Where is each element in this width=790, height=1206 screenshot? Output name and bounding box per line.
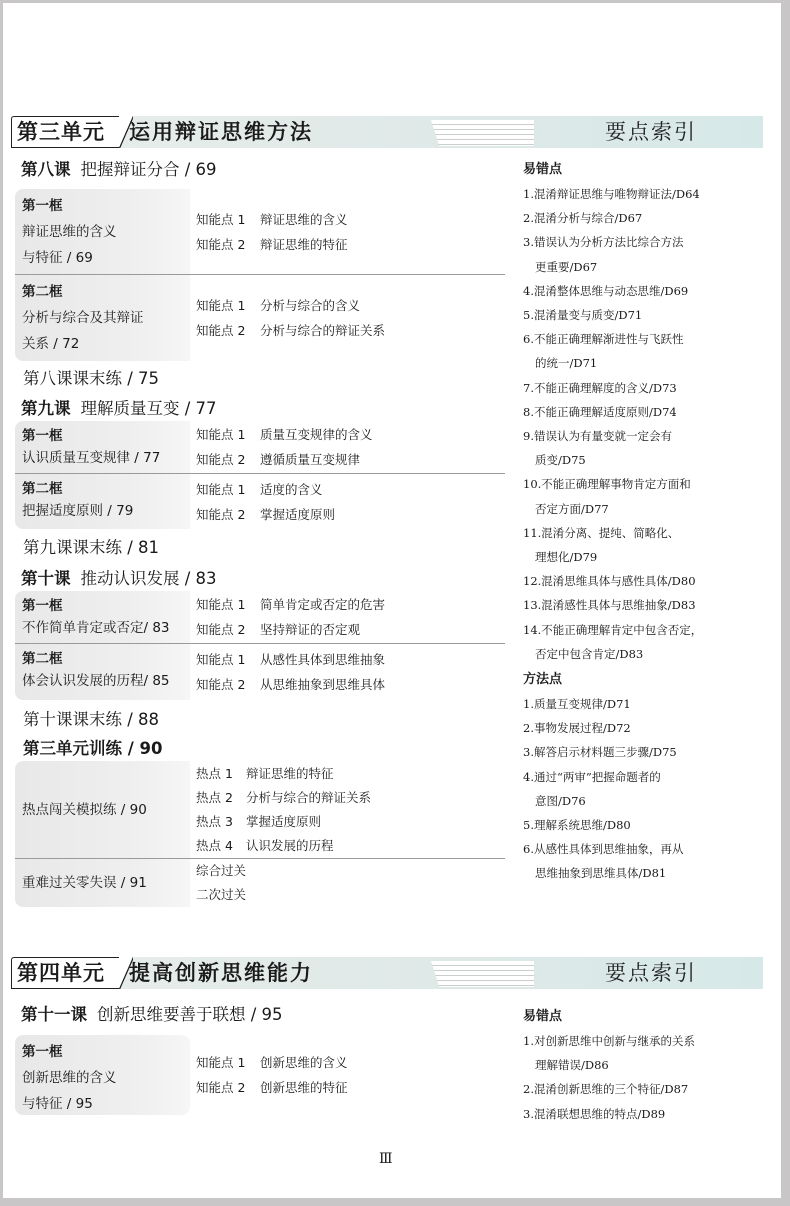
index-title: 要点索引 (551, 957, 751, 989)
lesson-10-frames: 第一框 不作简单肯定或否定/ 83 知能点 1简单肯定或否定的危害 知能点 2坚… (15, 591, 505, 700)
frame-title-line: 与特征 / 69 (22, 245, 184, 271)
frame-heading: 第一框 认识质量互变规律 / 77 (15, 421, 190, 473)
index-item-text: 1.混淆辩证思维与唯物辩证法/D64 (523, 187, 700, 201)
frame-heading: 第一框 辩证思维的含义 与特征 / 69 (15, 189, 190, 274)
lesson-label: 第九课 (21, 399, 71, 418)
frame-item[interactable]: 第二框 分析与综合及其辩证 关系 / 72 知能点 1分析与综合的含义 知能点 … (15, 275, 505, 361)
training-label: 热点闯关模拟练 / 90 (22, 797, 147, 823)
knowledge-points: 知能点 1适度的含义 知能点 2掌握适度原则 (190, 474, 505, 529)
knowledge-point[interactable]: 知能点 1适度的含义 (196, 477, 505, 502)
frame-label: 第一框 (22, 1039, 184, 1065)
lesson-8-frames: 第一框 辩证思维的含义 与特征 / 69 知能点 1辩证思维的含义 知能点 2辩… (15, 189, 505, 361)
hot-point[interactable]: 热点 1辩证思维的特征 (196, 762, 505, 786)
index-item[interactable]: 5.混淆量变与质变/D71 (523, 303, 773, 327)
index-item-text: 2.混淆创新思维的三个特征/D87 (523, 1082, 688, 1096)
index-item-text: 2.事物发展过程/D72 (523, 721, 631, 735)
lesson-9-review[interactable]: 第九课课末练 / 81 (23, 534, 159, 558)
methods-heading: 方法点 (523, 668, 773, 692)
index-item-continuation: 否定方面/D77 (523, 497, 773, 521)
unit-tab: 第三单元 (11, 116, 119, 148)
frame-title-line: 分析与综合及其辩证 (22, 305, 184, 331)
knowledge-point[interactable]: 知能点 2辩证思维的特征 (196, 232, 505, 257)
kp-label: 知能点 2 (196, 318, 260, 343)
frame-heading: 第一框 不作简单肯定或否定/ 83 (15, 591, 190, 643)
unit-4-key-points-index: 易错点 1.对创新思维中创新与继承的关系理解错误/D862.混淆创新思维的三个特… (523, 1005, 773, 1126)
knowledge-points: 知能点 1创新思维的含义 知能点 2创新思维的特征 (190, 1035, 505, 1115)
lesson-8-review[interactable]: 第八课课末练 / 75 (23, 365, 159, 389)
index-item[interactable]: 3.解答启示材料题三步骤/D75 (523, 740, 773, 764)
index-item[interactable]: 12.混淆思维具体与感性具体/D80 (523, 569, 773, 593)
index-item-text: 5.理解系统思维/D80 (523, 818, 631, 832)
lesson-name: 理解质量互变 / 77 (81, 399, 217, 418)
training-block[interactable]: 热点闯关模拟练 / 90 热点 1辩证思维的特征 热点 2分析与综合的辩证关系 … (15, 761, 505, 859)
hot-text: 分析与综合的辩证关系 (246, 790, 371, 805)
hot-label: 热点 2 (196, 786, 246, 810)
mistakes-heading: 易错点 (523, 158, 773, 182)
index-item[interactable]: 7.不能正确理解度的含义/D73 (523, 376, 773, 400)
kp-text: 辩证思维的特征 (260, 237, 348, 252)
lesson-11-title[interactable]: 第十一课创新思维要善于联想 / 95 (21, 1001, 283, 1025)
knowledge-points: 知能点 1质量互变规律的含义 知能点 2遵循质量互变规律 (190, 421, 505, 473)
frame-item[interactable]: 第二框 把握适度原则 / 79 知能点 1适度的含义 知能点 2掌握适度原则 (15, 474, 505, 529)
hot-label: 热点 3 (196, 810, 246, 834)
knowledge-point[interactable]: 知能点 2遵循质量互变规律 (196, 447, 505, 472)
index-item[interactable]: 5.理解系统思维/D80 (523, 813, 773, 837)
hot-point[interactable]: 热点 4认识发展的历程 (196, 834, 505, 858)
kp-text: 遵循质量互变规律 (260, 452, 360, 467)
kp-label: 知能点 1 (196, 207, 260, 232)
mistakes-list: 1.对创新思维中创新与继承的关系理解错误/D862.混淆创新思维的三个特征/D8… (523, 1029, 773, 1126)
banner-stripes-decoration (431, 961, 534, 987)
hot-point[interactable]: 热点 2分析与综合的辩证关系 (196, 786, 505, 810)
training-block-label: 重难过关零失误 / 91 (15, 859, 190, 907)
index-item[interactable]: 2.事物发展过程/D72 (523, 716, 773, 740)
kp-label: 知能点 2 (196, 1075, 260, 1100)
index-item-text: 14.不能正确理解肯定中包含否定， (523, 623, 702, 637)
training-block-label: 热点闯关模拟练 / 90 (15, 761, 190, 858)
index-item-text: 12.混淆思维具体与感性具体/D80 (523, 574, 696, 588)
frame-item[interactable]: 第一框 辩证思维的含义 与特征 / 69 知能点 1辩证思维的含义 知能点 2辩… (15, 189, 505, 275)
index-item-text: 5.混淆量变与质变/D71 (523, 308, 642, 322)
lesson-9-frames: 第一框 认识质量互变规律 / 77 知能点 1质量互变规律的含义 知能点 2遵循… (15, 421, 505, 529)
knowledge-point[interactable]: 知能点 2掌握适度原则 (196, 502, 505, 527)
index-item-text: 2.混淆分析与综合/D67 (523, 211, 642, 225)
index-item[interactable]: 2.混淆创新思维的三个特征/D87 (523, 1077, 773, 1101)
frame-title-line: 认识质量互变规律 / 77 (22, 447, 184, 469)
frame-label: 第二框 (22, 648, 184, 670)
hot-point[interactable]: 热点 3掌握适度原则 (196, 810, 505, 834)
lesson-11-frames: 第一框 创新思维的含义 与特征 / 95 知能点 1创新思维的含义 知能点 2创… (15, 1035, 505, 1115)
index-item-text: 3.错误认为分析方法比综合方法 (523, 235, 683, 249)
kp-label: 知能点 1 (196, 592, 260, 617)
index-item-continuation: 质变/D75 (523, 448, 773, 472)
knowledge-point[interactable]: 知能点 1创新思维的含义 (196, 1050, 505, 1075)
frame-title-line: 创新思维的含义 (22, 1065, 184, 1091)
kp-text: 分析与综合的含义 (260, 298, 360, 313)
kp-label: 知能点 1 (196, 422, 260, 447)
index-item-text: 9.错误认为有量变就一定会有 (523, 429, 672, 443)
hot-text: 辩证思维的特征 (246, 766, 334, 781)
mistakes-list: 1.混淆辩证思维与唯物辩证法/D642.混淆分析与综合/D673.错误认为分析方… (523, 182, 773, 666)
index-item-text: 7.不能正确理解度的含义/D73 (523, 381, 677, 395)
hot-points: 热点 1辩证思维的特征 热点 2分析与综合的辩证关系 热点 3掌握适度原则 热点… (190, 761, 505, 858)
lesson-label: 第十课 (21, 569, 71, 588)
index-item-text: 4.通过“两审”把握命题者的 (523, 770, 661, 784)
kp-label: 知能点 1 (196, 1050, 260, 1075)
index-item-text: 8.不能正确理解适度原则/D74 (523, 405, 677, 419)
kp-text: 适度的含义 (260, 482, 323, 497)
frame-title-line: 体会认识发展的历程/ 85 (22, 670, 184, 692)
kp-text: 分析与综合的辩证关系 (260, 323, 385, 338)
kp-label: 知能点 2 (196, 617, 260, 642)
unit-3-key-points-index: 易错点 1.混淆辩证思维与唯物辩证法/D642.混淆分析与综合/D673.错误认… (523, 158, 773, 886)
frame-heading: 第二框 把握适度原则 / 79 (15, 474, 190, 529)
kp-label: 知能点 2 (196, 447, 260, 472)
index-item[interactable]: 1.对创新思维中创新与继承的关系理解错误/D86 (523, 1029, 773, 1077)
kp-text: 从思维抽象到思维具体 (260, 677, 385, 692)
frame-label: 第一框 (22, 425, 184, 447)
training-label: 重难过关零失误 / 91 (22, 870, 147, 896)
index-item[interactable]: 4.混淆整体思维与动态思维/D69 (523, 279, 773, 303)
hot-label: 热点 1 (196, 762, 246, 786)
review-item[interactable]: 二次过关 (196, 883, 505, 907)
kp-label: 知能点 2 (196, 232, 260, 257)
kp-text: 质量互变规律的含义 (260, 427, 373, 442)
kp-text: 创新思维的含义 (260, 1055, 348, 1070)
unit-title: 提高创新思维能力 (129, 957, 313, 989)
index-item[interactable]: 14.不能正确理解肯定中包含否定，否定中包含肯定/D83 (523, 618, 773, 666)
index-item[interactable]: 10.不能正确理解事物肯定方面和否定方面/D77 (523, 472, 773, 520)
index-item[interactable]: 3.错误认为分析方法比综合方法更重要/D67 (523, 230, 773, 278)
kp-label: 知能点 2 (196, 502, 260, 527)
lesson-label: 第十一课 (21, 1005, 87, 1024)
index-item-text: 6.不能正确理解渐进性与飞跃性 (523, 332, 683, 346)
frame-label: 第一框 (22, 595, 184, 617)
frame-item[interactable]: 第一框 认识质量互变规律 / 77 知能点 1质量互变规律的含义 知能点 2遵循… (15, 421, 505, 474)
unit-3-training-blocks: 热点闯关模拟练 / 90 热点 1辩证思维的特征 热点 2分析与综合的辩证关系 … (15, 761, 505, 907)
lesson-9-title[interactable]: 第九课理解质量互变 / 77 (21, 395, 217, 419)
unit-3-training-title[interactable]: 第三单元训练 / 90 (23, 735, 162, 759)
knowledge-point[interactable]: 知能点 1分析与综合的含义 (196, 293, 505, 318)
frame-heading: 第一框 创新思维的含义 与特征 / 95 (15, 1035, 190, 1115)
unit-3-banner: 第三单元 运用辩证思维方法 要点索引 (11, 116, 763, 148)
kp-text: 坚持辩证的否定观 (260, 622, 360, 637)
frame-title-line: 与特征 / 95 (22, 1091, 184, 1117)
index-item-text: 3.混淆联想思维的特点/D89 (523, 1107, 665, 1121)
index-item-text: 13.混淆感性具体与思维抽象/D83 (523, 598, 696, 612)
index-item-text: 6.从感性具体到思维抽象，再从 (523, 842, 683, 856)
kp-text: 辩证思维的含义 (260, 212, 348, 227)
kp-label: 知能点 1 (196, 477, 260, 502)
review-items: 综合过关 二次过关 (190, 859, 505, 907)
frame-label: 第一框 (22, 193, 184, 219)
index-item[interactable]: 3.混淆联想思维的特点/D89 (523, 1102, 773, 1126)
knowledge-points: 知能点 1分析与综合的含义 知能点 2分析与综合的辩证关系 (190, 275, 505, 361)
knowledge-point[interactable]: 知能点 1质量互变规律的含义 (196, 422, 505, 447)
index-item[interactable]: 8.不能正确理解适度原则/D74 (523, 400, 773, 424)
index-item-continuation: 否定中包含肯定/D83 (523, 642, 773, 666)
frame-title-line: 关系 / 72 (22, 331, 184, 357)
frame-item[interactable]: 第二框 体会认识发展的历程/ 85 知能点 1从感性具体到思维抽象 知能点 2从… (15, 644, 505, 700)
kp-text: 简单肯定或否定的危害 (260, 597, 385, 612)
index-item-continuation: 更重要/D67 (523, 255, 773, 279)
knowledge-point[interactable]: 知能点 2分析与综合的辩证关系 (196, 318, 505, 343)
index-item[interactable]: 4.通过“两审”把握命题者的意图/D76 (523, 765, 773, 813)
unit-4-banner: 第四单元 提高创新思维能力 要点索引 (11, 957, 763, 989)
frame-heading: 第二框 体会认识发展的历程/ 85 (15, 644, 190, 700)
frame-title-line: 不作简单肯定或否定/ 83 (22, 617, 184, 639)
book-page: 第三单元 运用辩证思维方法 要点索引 第八课把握辩证分合 / 69 第一框 辩证… (3, 3, 781, 1198)
index-item-continuation: 理想化/D79 (523, 545, 773, 569)
lesson-name: 创新思维要善于联想 / 95 (97, 1005, 283, 1024)
index-item-text: 10.不能正确理解事物肯定方面和 (523, 477, 691, 491)
index-item-text: 1.质量互变规律/D71 (523, 697, 631, 711)
kp-text: 从感性具体到思维抽象 (260, 652, 385, 667)
banner-stripes-decoration (431, 120, 534, 146)
frame-heading: 第二框 分析与综合及其辩证 关系 / 72 (15, 275, 190, 361)
index-item-text: 11.混淆分离、提纯、简略化、 (523, 526, 679, 540)
hot-text: 认识发展的历程 (246, 838, 334, 853)
index-item-text: 3.解答启示材料题三步骤/D75 (523, 745, 677, 759)
knowledge-points: 知能点 1简单肯定或否定的危害 知能点 2坚持辩证的否定观 (190, 591, 505, 643)
lesson-label: 第八课 (21, 160, 71, 179)
methods-list: 1.质量互变规律/D712.事物发展过程/D723.解答启示材料题三步骤/D75… (523, 692, 773, 886)
unit-tab: 第四单元 (11, 957, 119, 989)
knowledge-point[interactable]: 知能点 2创新思维的特征 (196, 1075, 505, 1100)
review-item[interactable]: 综合过关 (196, 859, 505, 883)
kp-label: 知能点 1 (196, 293, 260, 318)
mistakes-heading: 易错点 (523, 1005, 773, 1029)
index-item-text: 4.混淆整体思维与动态思维/D69 (523, 284, 688, 298)
index-item[interactable]: 9.错误认为有量变就一定会有质变/D75 (523, 424, 773, 472)
index-item[interactable]: 6.不能正确理解渐进性与飞跃性的统一/D71 (523, 327, 773, 375)
frame-item[interactable]: 第一框 创新思维的含义 与特征 / 95 知能点 1创新思维的含义 知能点 2创… (15, 1035, 505, 1115)
kp-text: 掌握适度原则 (260, 507, 335, 522)
hot-text: 掌握适度原则 (246, 814, 321, 829)
index-item[interactable]: 2.混淆分析与综合/D67 (523, 206, 773, 230)
kp-label: 知能点 1 (196, 647, 260, 672)
lesson-name: 把握辩证分合 / 69 (81, 160, 217, 179)
index-item-continuation: 理解错误/D86 (523, 1053, 773, 1077)
frame-label: 第二框 (22, 478, 184, 500)
index-item-continuation: 意图/D76 (523, 789, 773, 813)
frame-title-line: 辩证思维的含义 (22, 219, 184, 245)
index-item-text: 1.对创新思维中创新与继承的关系 (523, 1034, 695, 1048)
knowledge-point[interactable]: 知能点 2从思维抽象到思维具体 (196, 672, 505, 697)
knowledge-points: 知能点 1辩证思维的含义 知能点 2辩证思维的特征 (190, 189, 505, 274)
frame-item[interactable]: 第一框 不作简单肯定或否定/ 83 知能点 1简单肯定或否定的危害 知能点 2坚… (15, 591, 505, 644)
lesson-8-title[interactable]: 第八课把握辩证分合 / 69 (21, 156, 217, 180)
index-item[interactable]: 6.从感性具体到思维抽象，再从思维抽象到思维具体/D81 (523, 837, 773, 885)
training-block[interactable]: 重难过关零失误 / 91 综合过关 二次过关 (15, 859, 505, 907)
knowledge-point[interactable]: 知能点 1从感性具体到思维抽象 (196, 647, 505, 672)
kp-label: 知能点 2 (196, 672, 260, 697)
hot-label: 热点 4 (196, 834, 246, 858)
index-item[interactable]: 1.混淆辩证思维与唯物辩证法/D64 (523, 182, 773, 206)
knowledge-point[interactable]: 知能点 2坚持辩证的否定观 (196, 617, 505, 642)
index-item[interactable]: 1.质量互变规律/D71 (523, 692, 773, 716)
knowledge-points: 知能点 1从感性具体到思维抽象 知能点 2从思维抽象到思维具体 (190, 644, 505, 700)
index-title: 要点索引 (551, 116, 751, 148)
knowledge-point[interactable]: 知能点 1辩证思维的含义 (196, 207, 505, 232)
lesson-10-review[interactable]: 第十课课末练 / 88 (23, 706, 159, 730)
frame-label: 第二框 (22, 279, 184, 305)
unit-title: 运用辩证思维方法 (129, 116, 313, 148)
index-item-continuation: 思维抽象到思维具体/D81 (523, 861, 773, 885)
knowledge-point[interactable]: 知能点 1简单肯定或否定的危害 (196, 592, 505, 617)
index-item[interactable]: 13.混淆感性具体与思维抽象/D83 (523, 593, 773, 617)
kp-text: 创新思维的特征 (260, 1080, 348, 1095)
index-item[interactable]: 11.混淆分离、提纯、简略化、理想化/D79 (523, 521, 773, 569)
lesson-10-title[interactable]: 第十课推动认识发展 / 83 (21, 565, 217, 589)
page-number: Ⅲ (379, 1151, 393, 1167)
frame-title-line: 把握适度原则 / 79 (22, 500, 184, 522)
index-item-continuation: 的统一/D71 (523, 351, 773, 375)
lesson-name: 推动认识发展 / 83 (81, 569, 217, 588)
